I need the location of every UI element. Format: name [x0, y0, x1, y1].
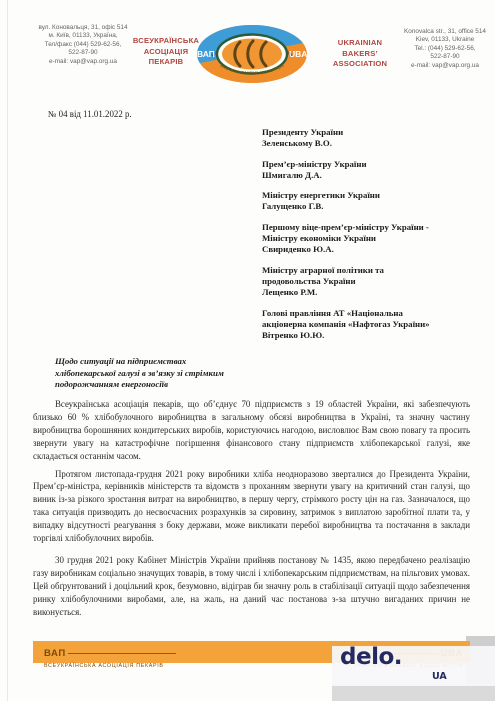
footer-left-group: ВАП ВСЕУКРАЇНСЬКА АСОЦІАЦІЯ ПЕКАРІВ: [44, 643, 176, 669]
association-logo: ВСЕУКРАЇНСЬКА АСОЦІАЦІЯ ПЕКАРІВ ВАП UBA …: [195, 19, 309, 87]
header-address-ukrainian: вул. Коновальця, 31, офіс 514 м. Київ, 0…: [30, 24, 136, 66]
footer-name-ukrainian: ВСЕУКРАЇНСЬКА АСОЦІАЦІЯ ПЕКАРІВ: [44, 663, 176, 669]
letter-body: Всеукраїнська асоціація пекарів, що об’є…: [33, 398, 470, 624]
recipient-naftogaz-head: Голові правління АТ «Національна акціоне…: [262, 308, 474, 342]
watermark-brand-text: delo.: [340, 644, 402, 670]
body-paragraph-2: Протягом листопада-грудня 2021 року виро…: [33, 468, 470, 545]
recipient-economy-minister: Першому віце-прем’єр-міністру України - …: [262, 222, 474, 256]
body-paragraph-3: 30 грудня 2021 року Кабінет Міністрів Ук…: [33, 554, 470, 619]
letter-subject: Щодо ситуації на підприємствах хлібопека…: [55, 356, 305, 391]
watermark-suffix-text: UA: [432, 671, 447, 682]
logo-abbr-vap: ВАП: [197, 49, 215, 59]
recipient-president: Президенту України Зеленському В.О.: [262, 127, 474, 150]
scanned-letter-page: вул. Коновальця, 31, офіс 514 м. Київ, 0…: [0, 0, 495, 701]
recipients-block: Президенту України Зеленському В.О. Прем…: [262, 127, 474, 350]
recipient-prime-minister: Прем’єр-міністру України Шмигалю Д.А.: [262, 159, 474, 182]
recipient-agriculture-minister: Міністру аграрної політики та продовольс…: [262, 265, 474, 299]
logo-abbr-uba: UBA: [289, 49, 307, 59]
scan-gray-bottom: [332, 684, 495, 701]
org-name-english: UKRAINIAN BAKERS’ ASSOCIATION: [316, 38, 404, 70]
footer-underline-left: [68, 653, 176, 654]
delo-ua-watermark: delo. UA: [332, 646, 495, 686]
reference-number-line: № 04 від 11.01.2022 р.: [48, 109, 132, 119]
header-address-english: Konovalca str., 31, office 514 Kiev, 011…: [396, 28, 494, 70]
recipient-energy-minister: Міністру енергетики України Галущенко Г.…: [262, 190, 474, 213]
footer-abbr-vap: ВАП: [44, 648, 66, 659]
scan-edge-line: [7, 0, 8, 701]
body-paragraph-1: Всеукраїнська асоціація пекарів, що об’є…: [33, 398, 470, 463]
org-name-ukrainian: ВСЕУКРАЇНСЬКА АСОЦІАЦІЯ ПЕКАРІВ: [128, 36, 204, 68]
